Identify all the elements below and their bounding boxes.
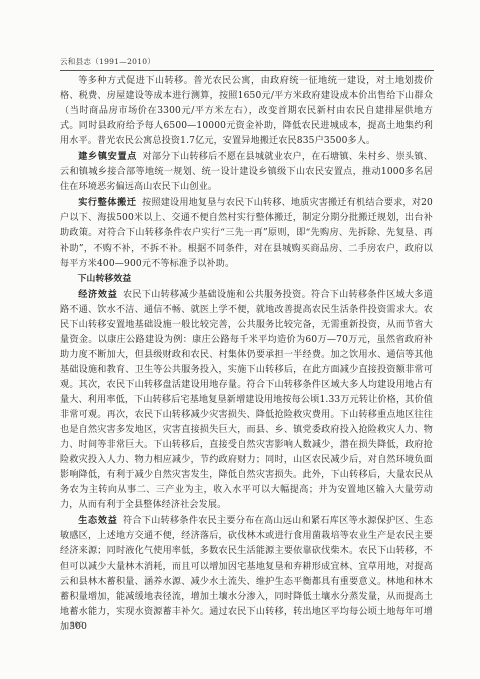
running-head: 云和县志（1991—2010） <box>60 56 434 71</box>
term-heading: 实行整体搬迁 <box>78 197 137 208</box>
paragraph-text: 农民下山转移减少基础设施和公共服务投资。符合下山转移条件区域大多道路不通、饮水不… <box>60 290 433 511</box>
paragraph-township-resettlement: 建乡镇安置点对部分下山转移后不愿在县城就业农户，在石塘镇、朱村乡、崇头镇、云和镇… <box>60 149 433 195</box>
page-number: 800 <box>70 621 83 629</box>
paragraph-intro: 等多种方式促进下山转移。普光农民公寓，由政府统一征地统一建设，对土地划拨价格、税… <box>60 74 433 149</box>
term-heading: 生态效益 <box>78 515 117 526</box>
paragraph-economic-benefit: 经济效益农民下山转移减少基础设施和公共服务投资。符合下山转移条件区域大多道路不通… <box>60 287 433 514</box>
paragraph-text: 按照建设用地复垦与农民下山转移、地质灾害搬迁有机结合要求，对20户以下、海拔50… <box>60 198 433 268</box>
paragraph-text: 符合下山转移条件农民主要分布在高山远山和紧石库区等水源保护区、生态敏感区，上述地… <box>60 516 433 631</box>
term-heading: 建乡镇安置点 <box>78 151 137 162</box>
section-subheading: 下山转移效益 <box>60 272 433 287</box>
paragraph-whole-relocation: 实行整体搬迁按照建设用地复垦与农民下山转移、地质灾害搬迁有机结合要求，对20户以… <box>60 195 433 271</box>
paragraph-ecological-benefit: 生态效益符合下山转移条件农民主要分布在高山远山和紧石库区等水源保护区、生态敏感区… <box>60 513 433 634</box>
body-text: 等多种方式促进下山转移。普光农民公寓，由政府统一征地统一建设，对土地划拨价格、税… <box>60 74 433 635</box>
term-heading: 经济效益 <box>78 289 117 300</box>
